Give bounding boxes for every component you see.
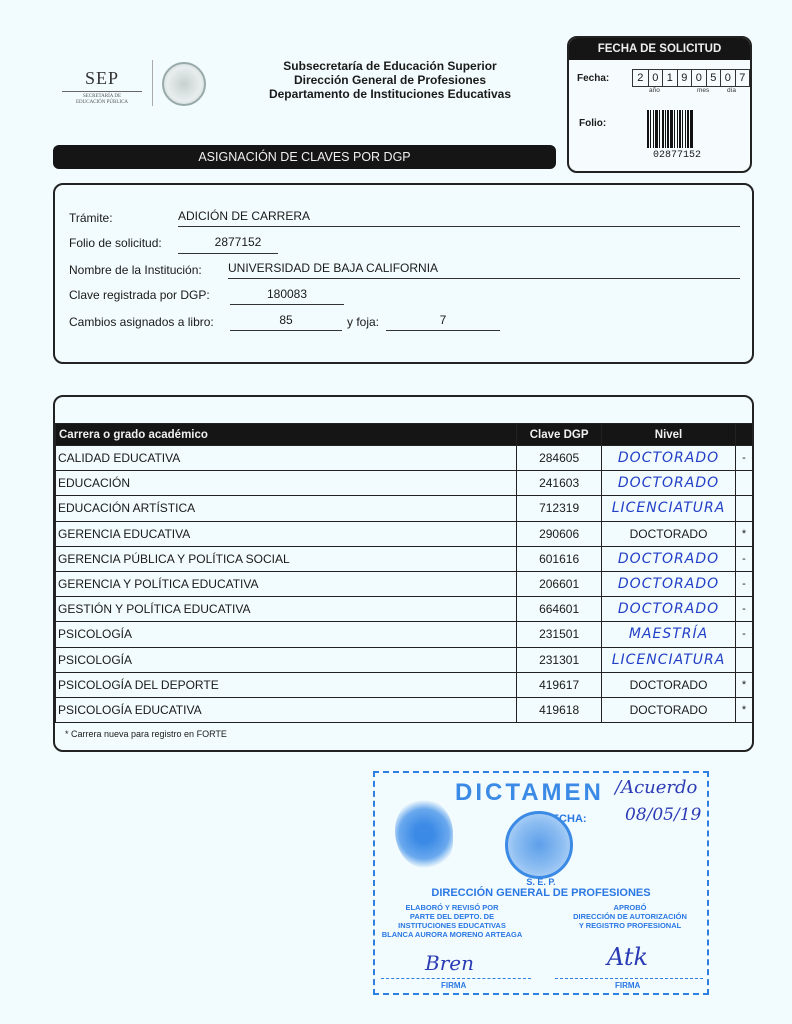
left-signature-line xyxy=(381,978,531,979)
date-digit: 9 xyxy=(677,70,692,86)
stamp-left-line: PARTE DEL DEPTO. DE xyxy=(377,912,527,921)
grades-table: Carrera o grado académico Clave DGP Nive… xyxy=(55,423,753,723)
handwritten-nivel: DOCTORADO xyxy=(618,551,719,567)
stamp-seal-icon xyxy=(505,811,573,879)
table-row: PSICOLOGÍA231301LICENCIATURA xyxy=(56,647,753,672)
nivel-cell: DOCTORADO xyxy=(602,446,736,471)
fecha-label: Fecha: xyxy=(577,73,609,84)
dictamen-stamp: DICTAMEN /Acuerdo FECHA: 08/05/19 S. E. … xyxy=(373,771,709,995)
header-mark xyxy=(736,424,753,446)
stamp-left-line: INSTITUCIONES EDUCATIVAS xyxy=(377,921,527,930)
table-row: GERENCIA EDUCATIVA290606DOCTORADO* xyxy=(56,521,753,546)
mark-cell: - xyxy=(736,597,753,622)
institucion-label: Nombre de la Institución: xyxy=(69,263,202,277)
header-carrera: Carrera o grado académico xyxy=(56,424,517,446)
folio-solicitud-value: 2877152 xyxy=(215,235,262,249)
handwritten-nivel: DOCTORADO xyxy=(618,601,719,617)
mark-cell xyxy=(736,647,753,672)
section-title-bar: ASIGNACIÓN DE CLAVES POR DGP xyxy=(53,145,556,169)
stamp-ink-blot-icon xyxy=(395,799,453,869)
nivel-cell: LICENCIATURA xyxy=(602,496,736,521)
carrera-cell: GERENCIA EDUCATIVA xyxy=(56,521,517,546)
national-seal-icon xyxy=(162,62,206,106)
stamp-handwritten-date: 08/05/19 xyxy=(625,805,701,825)
nivel-cell: DOCTORADO xyxy=(602,597,736,622)
handwritten-nivel: DOCTORADO xyxy=(618,475,719,491)
date-digit: 1 xyxy=(662,70,677,86)
table-row: GERENCIA PÚBLICA Y POLÍTICA SOCIAL601616… xyxy=(56,546,753,571)
folio-solicitud-field: 2877152 xyxy=(178,235,278,254)
clave-cell: 284605 xyxy=(517,446,602,471)
clave-cell: 664601 xyxy=(517,597,602,622)
tramite-label: Trámite: xyxy=(69,211,113,225)
table-row: GERENCIA Y POLÍTICA EDUCATIVA206601DOCTO… xyxy=(56,571,753,596)
table-row: PSICOLOGÍA DEL DEPORTE419617DOCTORADO* xyxy=(56,672,753,697)
clave-cell: 241603 xyxy=(517,471,602,496)
logo-subtitle-2: EDUCACIÓN PÚBLICA xyxy=(62,100,142,106)
mark-cell: * xyxy=(736,697,753,722)
foja-label: y foja: xyxy=(347,315,379,329)
table-row: PSICOLOGÍA EDUCATIVA419618DOCTORADO* xyxy=(56,697,753,722)
table-row: EDUCACIÓN241603DOCTORADO xyxy=(56,471,753,496)
folio-label: Folio: xyxy=(579,118,606,129)
day-label: día xyxy=(727,87,736,94)
nivel-cell: DOCTORADO xyxy=(602,672,736,697)
mark-cell: * xyxy=(736,672,753,697)
header-clave: Clave DGP xyxy=(517,424,602,446)
stamp-left-line: BLANCA AURORA MORENO ARTEAGA xyxy=(377,930,527,939)
carrera-cell: PSICOLOGÍA xyxy=(56,647,517,672)
stamp-right-column: APROBÓ DIRECCIÓN DE AUTORIZACIÓN Y REGIS… xyxy=(555,903,705,930)
handwritten-nivel: DOCTORADO xyxy=(618,576,719,592)
handwritten-nivel: MAESTRÍA xyxy=(629,626,708,642)
stamp-handwritten-result: /Acuerdo xyxy=(615,777,697,798)
institucion-field: UNIVERSIDAD DE BAJA CALIFORNIA xyxy=(228,261,740,279)
fecha-solicitud-title: FECHA DE SOLICITUD xyxy=(569,38,750,60)
stamp-title: DICTAMEN xyxy=(455,779,604,807)
carrera-cell: GERENCIA Y POLÍTICA EDUCATIVA xyxy=(56,571,517,596)
clave-field: 180083 xyxy=(230,287,344,305)
carrera-cell: PSICOLOGÍA EDUCATIVA xyxy=(56,697,517,722)
header-nivel: Nivel xyxy=(602,424,736,446)
header-titles: Subsecretaría de Educación Superior Dire… xyxy=(230,59,550,101)
header-title-3: Departamento de Instituciones Educativas xyxy=(230,87,550,101)
clave-cell: 290606 xyxy=(517,521,602,546)
foja-value: 7 xyxy=(440,313,447,327)
clave-label: Clave registrada por DGP: xyxy=(69,288,210,302)
mark-cell: * xyxy=(736,521,753,546)
barcode-icon xyxy=(647,110,707,148)
date-digit: 0 xyxy=(691,70,706,86)
mark-cell: - xyxy=(736,571,753,596)
handwritten-nivel: LICENCIATURA xyxy=(612,500,726,516)
institucion-value: UNIVERSIDAD DE BAJA CALIFORNIA xyxy=(228,261,438,275)
stamp-left-column: ELABORÓ Y REVISÓ POR PARTE DEL DEPTO. DE… xyxy=(377,903,527,939)
mark-cell: - xyxy=(736,546,753,571)
year-label: año xyxy=(649,87,660,94)
table-row: EDUCACIÓN ARTÍSTICA712319LICENCIATURA xyxy=(56,496,753,521)
table-row: PSICOLOGÍA231501MAESTRÍA- xyxy=(56,622,753,647)
date-digit: 5 xyxy=(706,70,721,86)
stamp-left-line: ELABORÓ Y REVISÓ POR xyxy=(377,903,527,912)
carrera-cell: GERENCIA PÚBLICA Y POLÍTICA SOCIAL xyxy=(56,546,517,571)
carrera-cell: EDUCACIÓN xyxy=(56,471,517,496)
stamp-direccion: DIRECCIÓN GENERAL DE PROFESIONES xyxy=(375,887,707,899)
mark-cell: - xyxy=(736,446,753,471)
carrera-cell: GESTIÓN Y POLÍTICA EDUCATIVA xyxy=(56,597,517,622)
date-digit: 0 xyxy=(720,70,735,86)
stamp-right-line: Y REGISTRO PROFESIONAL xyxy=(555,921,705,930)
clave-cell: 231301 xyxy=(517,647,602,672)
clave-cell: 231501 xyxy=(517,622,602,647)
right-firma-label: FIRMA xyxy=(615,981,640,990)
stamp-right-line: APROBÓ xyxy=(555,903,705,912)
header-title-2: Dirección General de Profesiones xyxy=(230,73,550,87)
right-signature-line xyxy=(555,978,703,979)
handwritten-nivel: LICENCIATURA xyxy=(612,652,726,668)
date-digit: 2 xyxy=(633,70,648,86)
libro-value: 85 xyxy=(279,313,292,327)
mark-cell xyxy=(736,496,753,521)
nivel-cell: DOCTORADO xyxy=(602,571,736,596)
table-header-row: Carrera o grado académico Clave DGP Nive… xyxy=(56,424,753,446)
month-label: mes xyxy=(697,87,709,94)
footnote: * Carrera nueva para registro en FORTE xyxy=(65,729,227,739)
nivel-cell: MAESTRÍA xyxy=(602,622,736,647)
clave-cell: 419617 xyxy=(517,672,602,697)
fecha-solicitud-box: FECHA DE SOLICITUD Fecha: 20190507 año m… xyxy=(567,36,752,173)
clave-cell: 712319 xyxy=(517,496,602,521)
libro-label: Cambios asignados a libro: xyxy=(69,315,214,329)
carrera-cell: CALIDAD EDUCATIVA xyxy=(56,446,517,471)
nivel-cell: DOCTORADO xyxy=(602,471,736,496)
nivel-cell: DOCTORADO xyxy=(602,521,736,546)
logo-divider xyxy=(62,91,142,92)
nivel-cell: LICENCIATURA xyxy=(602,647,736,672)
carrera-cell: PSICOLOGÍA xyxy=(56,622,517,647)
date-digit: 0 xyxy=(648,70,663,86)
mark-cell xyxy=(736,471,753,496)
tramite-value: ADICIÓN DE CARRERA xyxy=(178,209,310,223)
foja-field: 7 xyxy=(386,313,500,331)
clave-cell: 601616 xyxy=(517,546,602,571)
logo-separator xyxy=(152,60,153,106)
table-row: CALIDAD EDUCATIVA284605DOCTORADO- xyxy=(56,446,753,471)
carrera-cell: PSICOLOGÍA DEL DEPORTE xyxy=(56,672,517,697)
nivel-cell: DOCTORADO xyxy=(602,546,736,571)
date-digit-boxes: 20190507 xyxy=(632,69,750,87)
clave-cell: 419618 xyxy=(517,697,602,722)
libro-field: 85 xyxy=(230,313,342,331)
nivel-cell: DOCTORADO xyxy=(602,697,736,722)
folio-solicitud-label: Folio de solicitud: xyxy=(69,236,162,250)
tramite-field: ADICIÓN DE CARRERA xyxy=(178,209,740,227)
left-firma-label: FIRMA xyxy=(441,981,466,990)
right-signature: Atk xyxy=(607,943,648,971)
clave-value: 180083 xyxy=(267,287,307,301)
header-title-1: Subsecretaría de Educación Superior xyxy=(230,59,550,73)
stamp-right-line: DIRECCIÓN DE AUTORIZACIÓN xyxy=(555,912,705,921)
carrera-cell: EDUCACIÓN ARTÍSTICA xyxy=(56,496,517,521)
mark-cell: - xyxy=(736,622,753,647)
handwritten-nivel: DOCTORADO xyxy=(618,450,719,466)
sep-logo: SEP SECRETARÍA DE EDUCACIÓN PÚBLICA xyxy=(62,68,142,106)
barcode-bar xyxy=(693,110,694,148)
date-digit: 7 xyxy=(735,70,750,86)
sep-logo-text: SEP xyxy=(62,68,142,89)
stamp-sep: S. E. P. xyxy=(375,877,707,887)
barcode-number: 02877152 xyxy=(647,150,707,161)
table-row: GESTIÓN Y POLÍTICA EDUCATIVA664601DOCTOR… xyxy=(56,597,753,622)
left-signature: Bren xyxy=(425,951,474,975)
clave-cell: 206601 xyxy=(517,571,602,596)
